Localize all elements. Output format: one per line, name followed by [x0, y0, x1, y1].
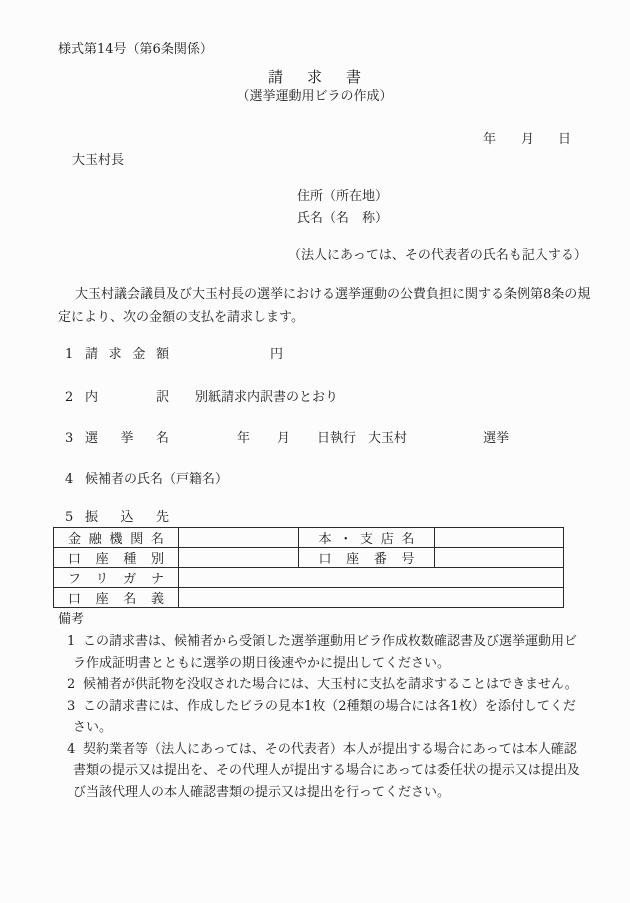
yen-unit-label: 円 — [270, 347, 283, 363]
financial-institution-label: 金融機関名 — [68, 528, 164, 547]
account-holder-label: 口座名義 — [68, 588, 164, 607]
section-bank-transfer: 5 振込先 — [65, 510, 571, 526]
table-row: 口座名義 — [54, 588, 564, 608]
branch-name-label: 本・支店名 — [319, 528, 415, 547]
village-name: 大玉村 — [368, 431, 407, 447]
breakdown-value: 別紙請求内訳書のとおり — [195, 390, 338, 406]
branch-name-value-cell — [435, 528, 564, 548]
table-row: 金融機関名 本・支店名 — [54, 528, 564, 548]
section-breakdown: 2 内訳 別紙請求内訳書のとおり — [65, 390, 571, 406]
section-label: 内訳 — [85, 390, 169, 406]
remark-item-line: び当該代理人の本人確認書類の提示又は提出を行ってください。 — [58, 782, 571, 804]
section-number: 1 — [65, 347, 85, 363]
account-type-value-cell — [179, 548, 299, 568]
section-label: 請求金額 — [85, 347, 169, 363]
section-claim-amount: 1 請求金額 円 — [65, 347, 571, 363]
remark-item-line: 書類の提示又は提出を、その代理人が提出する場合にあっては委任状の提示又は提出及 — [58, 760, 571, 782]
remark-text: 契約業者等（法人にあっては、その代表者）本人が提出する場合にあっては本人確認 — [83, 742, 577, 757]
section-number: 2 — [65, 390, 85, 406]
account-type-label-cell: 口座種別 — [54, 548, 179, 568]
section-number: 3 — [65, 431, 85, 447]
remark-number: 4 — [67, 739, 83, 761]
section-label: 振込先 — [85, 510, 169, 526]
furigana-value-cell — [179, 568, 564, 588]
account-number-value-cell — [435, 548, 564, 568]
financial-institution-label-cell: 金融機関名 — [54, 528, 179, 548]
document-page: 様式第14号（第6条関係） 請求書 （選挙運動用ビラの作成） 年月日 大玉村長 … — [0, 0, 630, 903]
remarks-heading: 備考 — [58, 612, 571, 628]
section-election-name: 3 選挙名 年 月 日執行 大玉村 選挙 — [65, 431, 571, 447]
remarks-list: 1この請求書は、候補者から受領した選挙運動用ビラ作成枚数確認書及び選挙運動用ビ … — [58, 631, 571, 803]
election-suffix-label: 選挙 — [483, 431, 509, 447]
document-title: 請求書 — [58, 68, 571, 86]
month-label: 月 — [521, 132, 534, 147]
section-label: 候補者の氏名（戸籍名） — [85, 472, 228, 488]
remark-number: 3 — [67, 696, 83, 718]
date-line: 年月日 — [58, 132, 571, 148]
address-field-label: 住所（所在地） — [297, 189, 571, 205]
remark-number: 2 — [67, 674, 83, 696]
table-row: フリガナ — [54, 568, 564, 588]
body-paragraph: 大玉村議会議員及び大玉村長の選挙における選挙運動の公費負担に関する条例第8条の規… — [58, 284, 571, 329]
section-candidate-name: 4 候補者の氏名（戸籍名） — [65, 472, 571, 488]
year-label: 年 — [483, 132, 496, 147]
account-number-label-cell: 口座番号 — [299, 548, 435, 568]
day-label: 日 — [558, 132, 571, 147]
name-field-label: 氏名（名 称） — [297, 211, 571, 227]
table-row: 口座種別 口座番号 — [54, 548, 564, 568]
furigana-label: フリガナ — [68, 568, 164, 587]
form-number: 様式第14号（第6条関係） — [58, 42, 571, 58]
section-number: 4 — [65, 472, 85, 488]
account-holder-value-cell — [179, 588, 564, 608]
branch-name-label-cell: 本・支店名 — [299, 528, 435, 548]
remark-item-line: さい。 — [58, 717, 571, 739]
body-paragraph-line: 大玉村議会議員及び大玉村長の選挙における選挙運動の公費負担に関する条例第8条の規 — [58, 284, 571, 307]
financial-institution-value-cell — [179, 528, 299, 548]
remark-item-line: ラ作成証明書とともに選挙の期日後速やかに提出してください。 — [58, 653, 571, 675]
remark-text: この請求書には、作成したビラの見本1枚（2種類の場合には各1枚）を添付してくだ — [83, 699, 576, 714]
remark-item-line: 3この請求書には、作成したビラの見本1枚（2種類の場合には各1枚）を添付してくだ — [58, 696, 571, 718]
bank-account-table: 金融機関名 本・支店名 口座種別 口座番号 フリガナ 口座名義 — [53, 527, 564, 608]
election-year-label: 年 — [237, 431, 250, 447]
document-subtitle: （選挙運動用ビラの作成） — [58, 89, 571, 105]
account-number-label: 口座番号 — [319, 548, 415, 567]
remark-text: この請求書は、候補者から受領した選挙運動用ビラ作成枚数確認書及び選挙運動用ビ — [83, 634, 577, 649]
account-holder-label-cell: 口座名義 — [54, 588, 179, 608]
section-label: 選挙名 — [85, 431, 169, 447]
remark-item-line: 1この請求書は、候補者から受領した選挙運動用ビラ作成枚数確認書及び選挙運動用ビ — [58, 631, 571, 653]
remark-item-line: 4契約業者等（法人にあっては、その代表者）本人が提出する場合にあっては本人確認 — [58, 739, 571, 761]
addressee: 大玉村長 — [72, 153, 571, 169]
body-paragraph-line: 定により、次の金額の支払を請求します。 — [58, 307, 571, 330]
account-type-label: 口座種別 — [68, 548, 164, 567]
section-number: 5 — [65, 510, 85, 526]
election-executed-label: 日執行 — [317, 431, 356, 447]
remark-number: 1 — [67, 631, 83, 653]
corporate-note: （法人にあっては、その代表者の氏名も記入する） — [288, 248, 571, 264]
furigana-label-cell: フリガナ — [54, 568, 179, 588]
remark-text: 候補者が供託物を没収された場合には、大玉村に支払を請求することはできません。 — [83, 677, 578, 692]
remark-item-line: 2候補者が供託物を没収された場合には、大玉村に支払を請求することはできません。 — [58, 674, 571, 696]
election-month-label: 月 — [277, 431, 290, 447]
